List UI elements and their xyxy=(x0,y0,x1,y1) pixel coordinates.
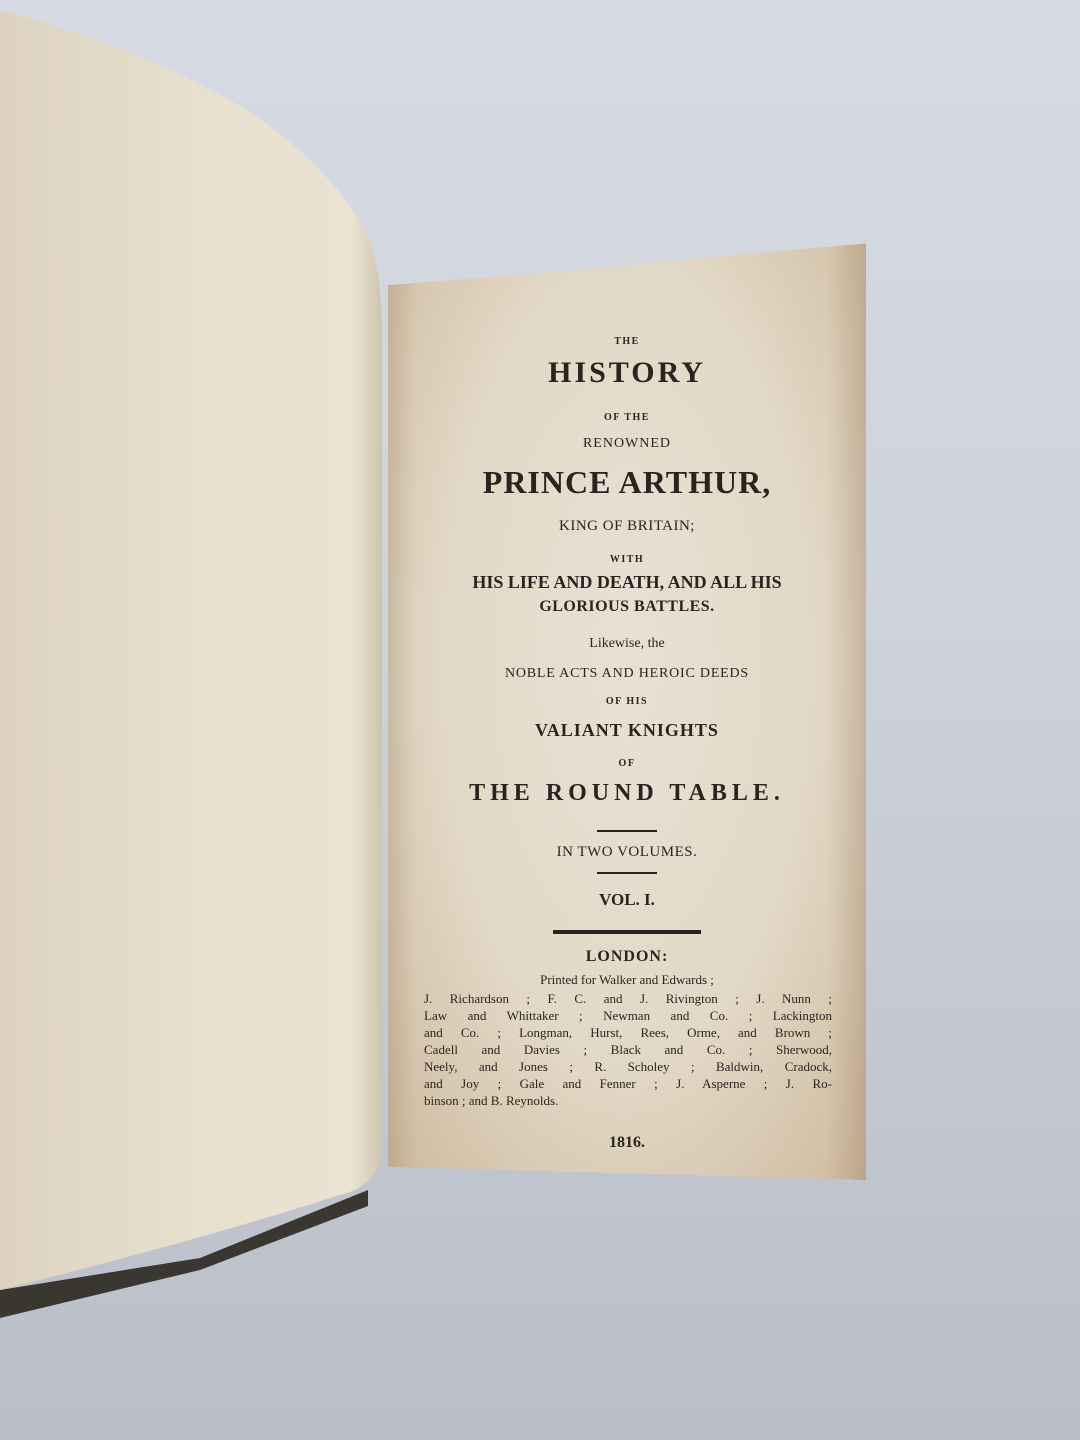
publisher-line: and Joy ; Gale and Fenner ; J. Asperne ;… xyxy=(424,1075,832,1092)
title-of-his: OF HIS xyxy=(388,696,866,707)
divider-rule xyxy=(597,830,657,832)
title-noble-acts: NOBLE ACTS AND HEROIC DEEDS xyxy=(388,666,866,682)
title-with: WITH xyxy=(388,554,866,565)
imprint-printed-for: Printed for Walker and Edwards ; xyxy=(388,972,866,988)
title-king-of-britain: KING OF BRITAIN; xyxy=(388,518,866,535)
title-volumes: IN TWO VOLUMES. xyxy=(388,844,866,861)
publisher-line: Cadell and Davies ; Black and Co. ; Sher… xyxy=(424,1041,832,1058)
imprint-publishers: J. Richardson ; F. C. and J. Rivington ;… xyxy=(424,990,832,1109)
title-of: OF xyxy=(388,758,866,769)
title-the: THE xyxy=(388,336,866,347)
divider-rule xyxy=(597,872,657,874)
title-page: THE HISTORY OF THE RENOWNED PRINCE ARTHU… xyxy=(388,236,866,1180)
publisher-line: Law and Whittaker ; Newman and Co. ; Lac… xyxy=(424,1007,832,1024)
thick-divider-rule xyxy=(553,930,701,934)
title-round-table: THE ROUND TABLE. xyxy=(388,780,866,807)
title-valiant-knights: VALIANT KNIGHTS xyxy=(388,720,866,741)
title-of-the: OF THE xyxy=(388,412,866,423)
title-life-and-death: HIS LIFE AND DEATH, AND ALL HIS xyxy=(388,572,866,593)
imprint-year: 1816. xyxy=(388,1134,866,1152)
publisher-line: J. Richardson ; F. C. and J. Rivington ;… xyxy=(424,990,832,1007)
publisher-line: and Co. ; Longman, Hurst, Rees, Orme, an… xyxy=(424,1024,832,1041)
title-likewise: Likewise, the xyxy=(388,636,866,652)
imprint-city: LONDON: xyxy=(388,948,866,966)
publisher-line: Neely, and Jones ; R. Scholey ; Baldwin,… xyxy=(424,1058,832,1075)
title-prince-arthur: PRINCE ARTHUR, xyxy=(388,464,866,501)
title-volume-number: VOL. I. xyxy=(388,890,866,910)
title-renowned: RENOWNED xyxy=(388,436,866,452)
publisher-line: binson ; and B. Reynolds. xyxy=(424,1092,832,1109)
title-history: HISTORY xyxy=(388,356,866,390)
title-glorious-battles: GLORIOUS BATTLES. xyxy=(388,598,866,616)
